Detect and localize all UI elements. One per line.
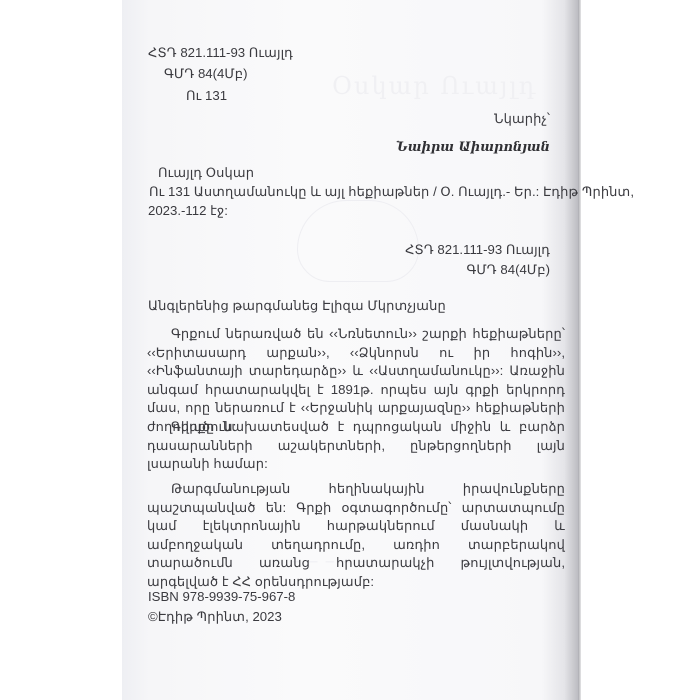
isbn: ISBN 978-9939-75-967-8 bbox=[148, 588, 295, 605]
illustrator-label: Նկարիչ՝ bbox=[494, 110, 550, 127]
author-mark-top: Ու 131 bbox=[186, 87, 227, 104]
bleed-through-title: Օսկար Ուայլդ bbox=[332, 72, 537, 100]
bbk-code-top: ԳՄԴ 84(4Մբ) bbox=[164, 65, 248, 82]
translator-credit: Անգլերենից թարգմանեց Էլիզա Մկրտչյանը bbox=[148, 297, 446, 314]
catalog-entry-line-1: Ու 131 Աստղամանուկը և այլ հեքիաթներ / Օ.… bbox=[149, 183, 634, 200]
description-text-2: Գիրքը նախատեսված է դպրոցական միջին և բար… bbox=[147, 419, 565, 471]
illustrator-name: Նաիրա Աիարոնյան bbox=[396, 139, 550, 156]
publisher-copyright: ©Էդիթ Պրինտ, 2023 bbox=[148, 608, 282, 625]
bleed-through-illustration bbox=[297, 200, 419, 282]
udc-code-top: ՀՏԴ 821.111-93 Ուայլդ bbox=[148, 44, 293, 61]
book-imprint-page: Օսկար Ուայլդ – – – – – – – – – ՀՏԴ 821.1… bbox=[122, 0, 578, 700]
catalog-entry-line-2: 2023.-112 էջ: bbox=[148, 202, 228, 219]
copyright-notice-text: Թարգմանության հեղինակային իրավունքները պ… bbox=[147, 481, 565, 589]
udc-code-right: ՀՏԴ 821.111-93 Ուայլդ bbox=[405, 241, 550, 258]
catalog-author: Ուայլդ Օսկար bbox=[158, 164, 254, 181]
copyright-notice: Թարգմանության հեղինակային իրավունքները պ… bbox=[147, 480, 565, 592]
bbk-code-right: ԳՄԴ 84(4Մբ) bbox=[466, 261, 550, 278]
description-paragraph-2: Գիրքը նախատեսված է դպրոցական միջին և բար… bbox=[147, 418, 565, 474]
